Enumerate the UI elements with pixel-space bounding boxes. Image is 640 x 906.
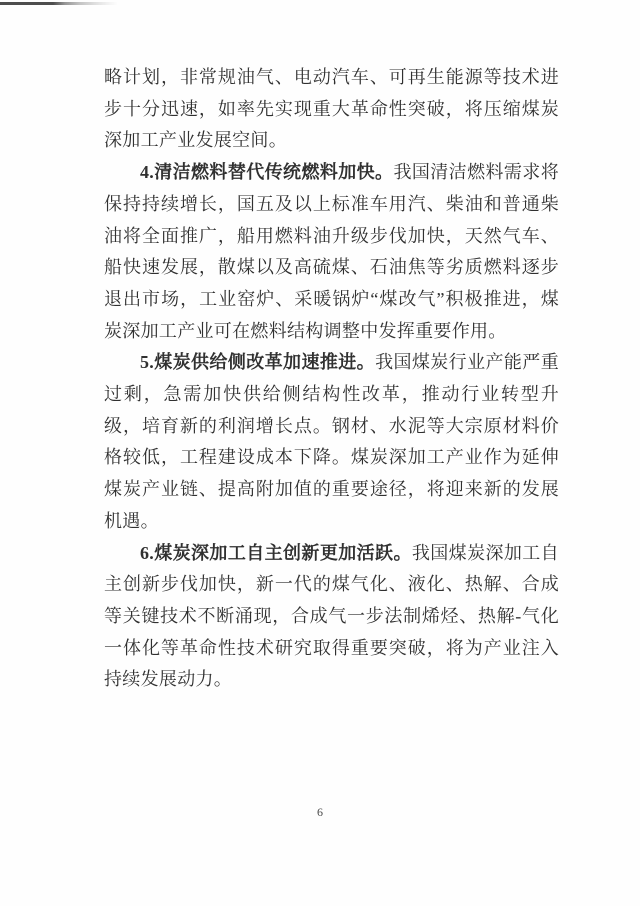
paragraph-heading-4: 4.清洁燃料替代传统燃料加快。 (140, 162, 393, 182)
scan-artifact-line (0, 2, 118, 5)
page-number: 6 (0, 805, 640, 820)
document-page: 略计划，非常规油气、电动汽车、可再生能源等技术进步十分迅速，如率先实现重大革命性… (0, 0, 640, 906)
paragraph-item-4: 4.清洁燃料替代传统燃料加快。我国清洁燃料需求将保持持续增长，国五及以上标准车用… (104, 157, 559, 347)
paragraph-text: 我国煤炭深加工自主创新步伐加快，新一代的煤气化、液化、热解、合成等关键技术不断涌… (104, 543, 559, 690)
paragraph-text: 我国清洁燃料需求将保持持续增长，国五及以上标准车用汽、柴油和普通柴油将全面推广，… (104, 162, 559, 341)
paragraph-text: 我国煤炭行业产能严重过剩，急需加快供给侧结构性改革，推动行业转型升级，培育新的利… (104, 352, 559, 531)
paragraph-item-5: 5.煤炭供给侧改革加速推进。我国煤炭行业产能严重过剩，急需加快供给侧结构性改革，… (104, 347, 559, 537)
paragraph-item-6: 6.煤炭深加工自主创新更加活跃。我国煤炭深加工自主创新步伐加快，新一代的煤气化、… (104, 538, 559, 697)
paragraph-heading-5: 5.煤炭供给侧改革加速推进。 (140, 352, 375, 372)
paragraph-continuation: 略计划，非常规油气、电动汽车、可再生能源等技术进步十分迅速，如率先实现重大革命性… (104, 62, 559, 157)
document-body: 略计划，非常规油气、电动汽车、可再生能源等技术进步十分迅速，如率先实现重大革命性… (104, 62, 559, 696)
paragraph-heading-6: 6.煤炭深加工自主创新更加活跃。 (140, 543, 412, 563)
paragraph-text: 略计划，非常规油气、电动汽车、可再生能源等技术进步十分迅速，如率先实现重大革命性… (104, 67, 559, 150)
